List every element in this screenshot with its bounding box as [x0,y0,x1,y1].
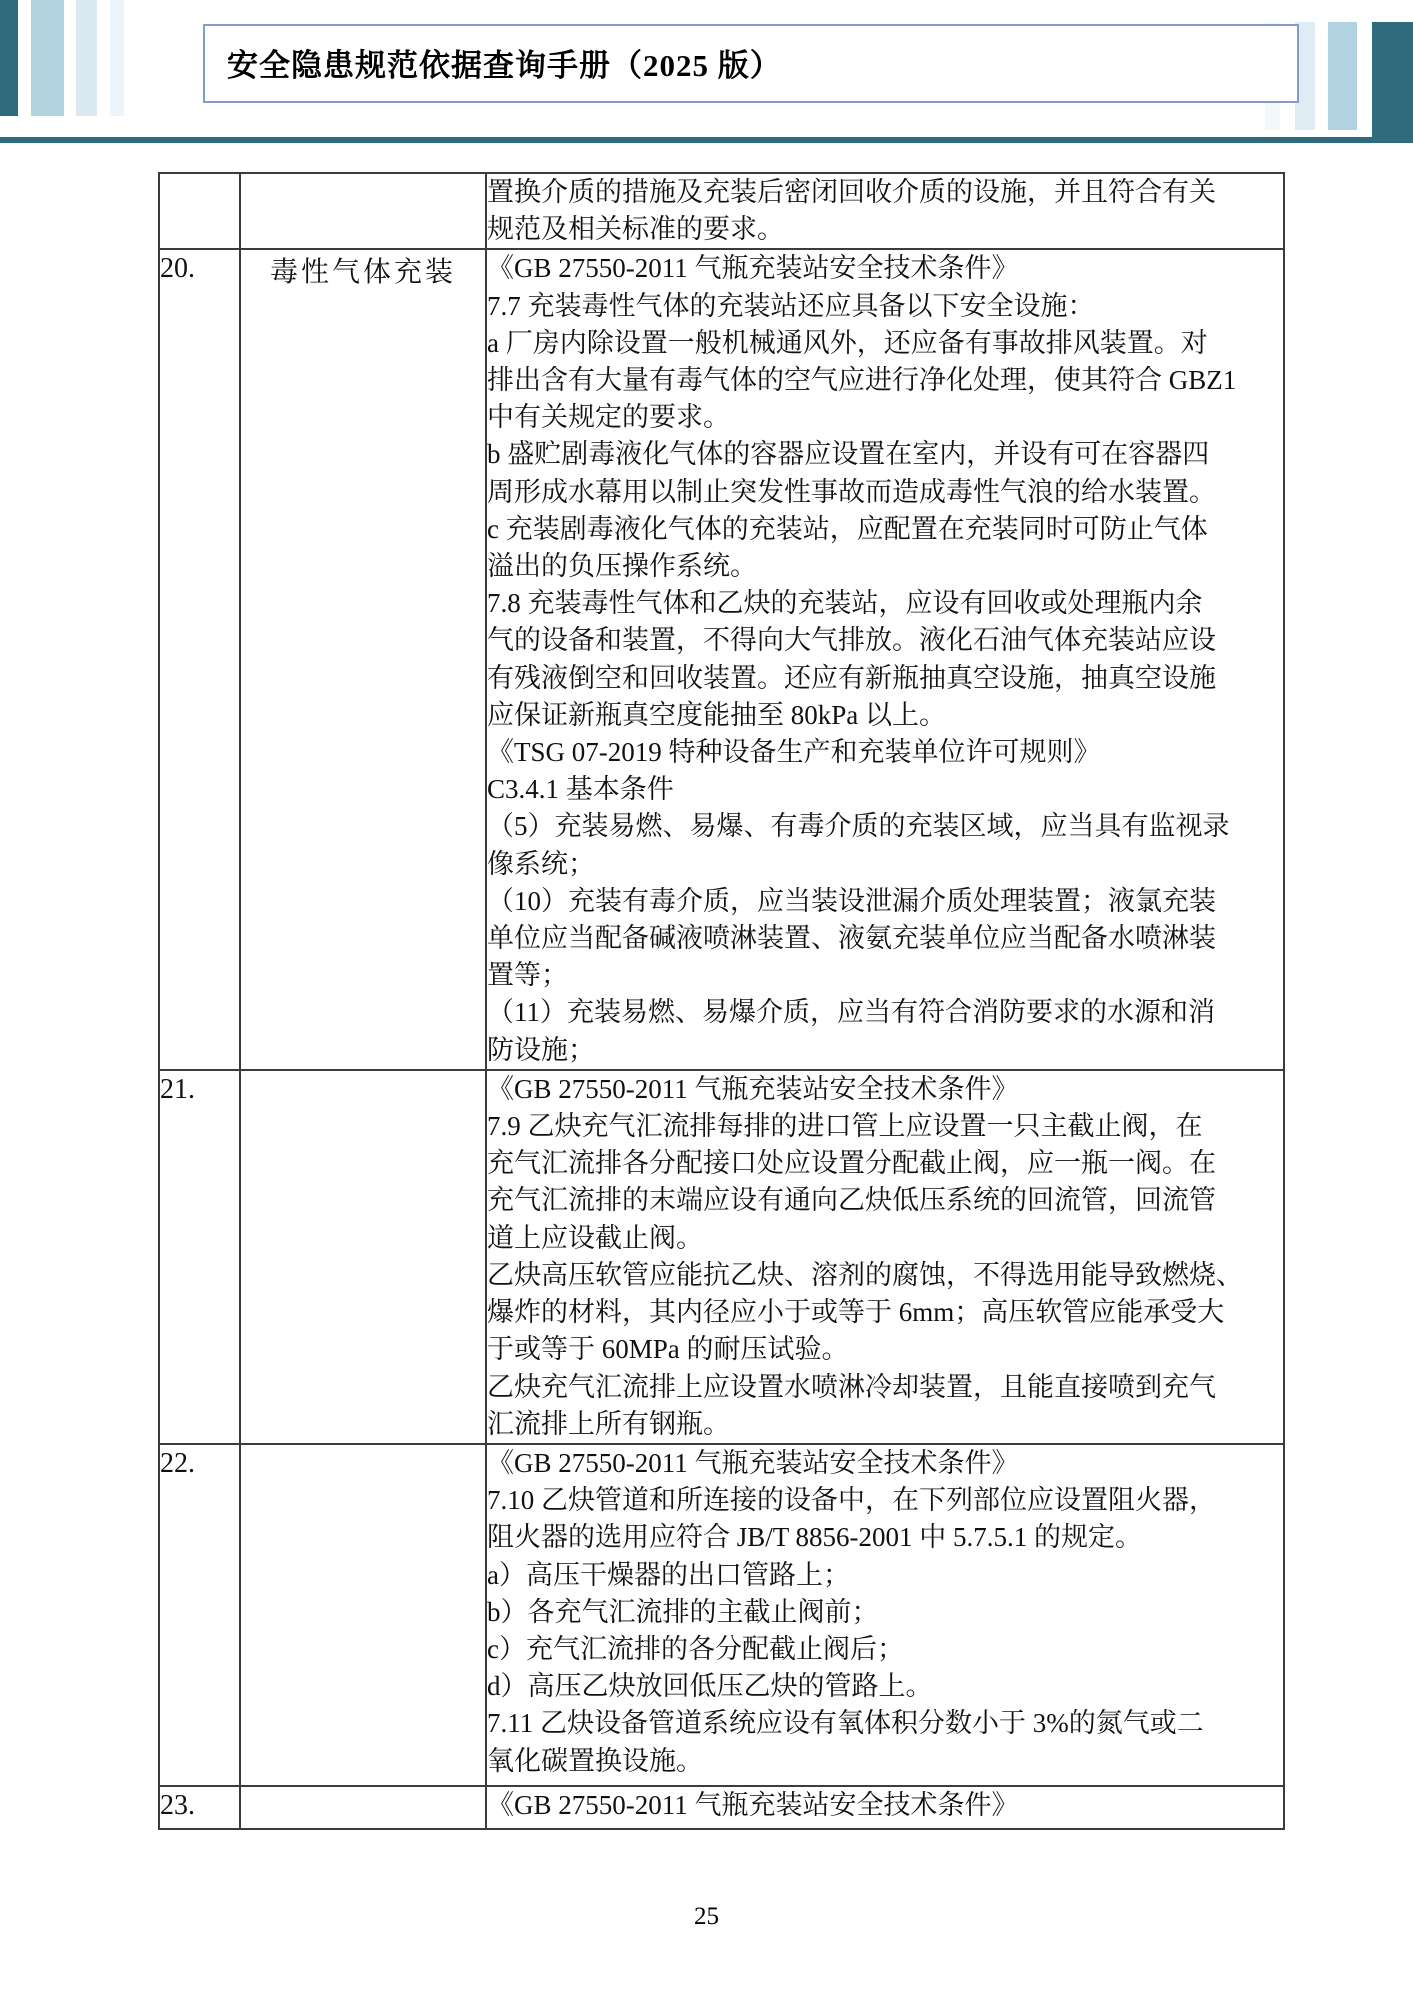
table-row: 21. 《GB 27550-2011 气瓶充装站安全技术条件》 7.9 乙炔充气… [159,1070,1284,1444]
page-title: 安全隐患规范依据查询手册（2025 版） [205,26,1297,85]
row-number-cell: 23. [159,1786,240,1829]
top-left-bar-faint [110,0,124,116]
row-category-cell [240,1070,486,1444]
header-box: 安全隐患规范依据查询手册（2025 版） [203,24,1299,103]
top-right-bar-dark [1372,22,1413,137]
row-number-cell [159,173,240,249]
table-row: 20. 毒性气体充装 《GB 27550-2011 气瓶充装站安全技术条件》 7… [159,249,1284,1069]
row-number-cell: 21. [159,1070,240,1444]
row-content-cell: 置换介质的措施及充装后密闭回收介质的设施，并且符合有关 规范及相关标准的要求。 [486,173,1284,249]
row-category-cell [240,1786,486,1829]
row-content-cell: 《GB 27550-2011 气瓶充装站安全技术条件》 [486,1786,1284,1829]
table-row: 置换介质的措施及充装后密闭回收介质的设施，并且符合有关 规范及相关标准的要求。 [159,173,1284,249]
top-left-bar-light [76,0,97,116]
table-row: 23. 《GB 27550-2011 气瓶充装站安全技术条件》 [159,1786,1284,1829]
top-left-bar-dark [0,0,18,116]
row-number-cell: 22. [159,1444,240,1786]
regulation-table: 置换介质的措施及充装后密闭回收介质的设施，并且符合有关 规范及相关标准的要求。 … [158,172,1285,1830]
row-number-cell: 20. [159,249,240,1069]
top-left-bar-medium [31,0,64,116]
header-divider-rule [0,137,1413,143]
row-content-cell: 《GB 27550-2011 气瓶充装站安全技术条件》 7.9 乙炔充气汇流排每… [486,1070,1284,1444]
page-number: 25 [0,1903,1413,1931]
row-content-cell: 《GB 27550-2011 气瓶充装站安全技术条件》 7.10 乙炔管道和所连… [486,1444,1284,1786]
row-category-cell [240,173,486,249]
table-row: 22. 《GB 27550-2011 气瓶充装站安全技术条件》 7.10 乙炔管… [159,1444,1284,1786]
top-right-bar-medium [1328,22,1357,130]
row-category-cell: 毒性气体充装 [240,249,486,1069]
row-content-cell: 《GB 27550-2011 气瓶充装站安全技术条件》 7.7 充装毒性气体的充… [486,249,1284,1069]
row-category-cell [240,1444,486,1786]
